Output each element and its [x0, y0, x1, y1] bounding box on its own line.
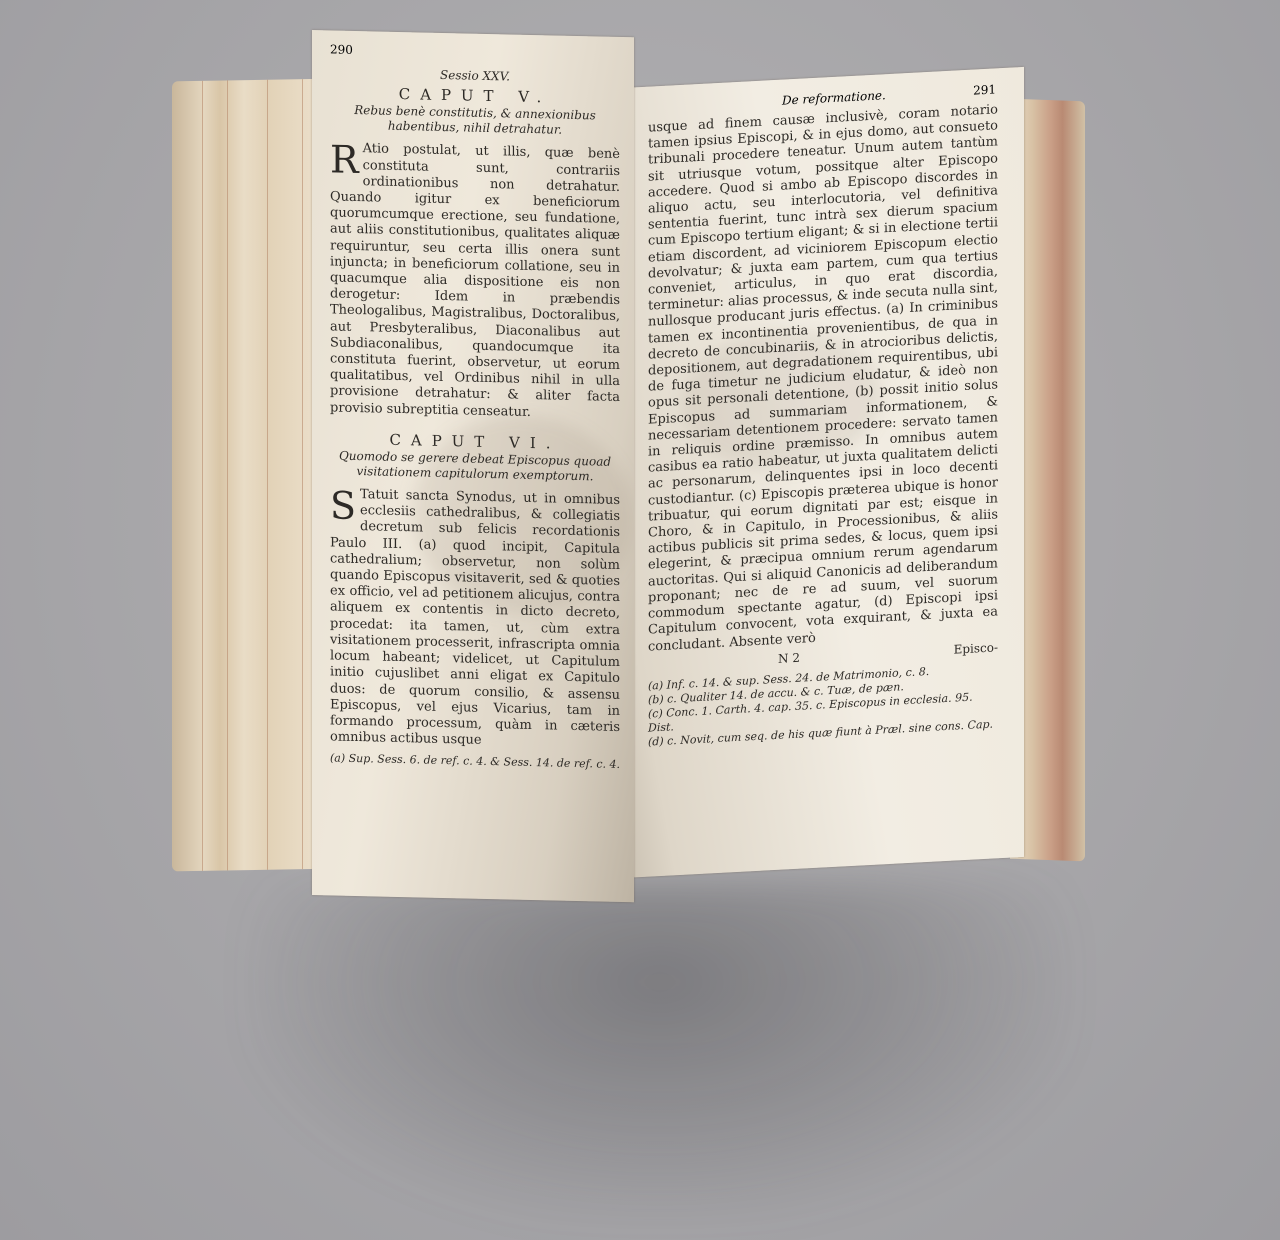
right-page-body: usque ad finem causæ inclusivè, coram no…: [648, 102, 998, 749]
left-page-stack: [172, 79, 332, 872]
right-page: 291 De reformatione. usque ad finem caus…: [622, 67, 1024, 878]
right-page-paragraph: usque ad finem causæ inclusivè, coram no…: [648, 102, 998, 655]
open-book: 291 De reformatione. usque ad finem caus…: [0, 0, 1280, 1240]
chapter-paragraph: STatuit sancta Synodus, ut in omnibus ec…: [330, 486, 620, 752]
page-number-left: 290: [330, 42, 353, 57]
catchword: Episco-: [954, 639, 998, 658]
running-head-left: Sessio XXV.: [330, 64, 620, 87]
left-page: 290 Sessio XXV. CAPUT V. Rebus benè cons…: [312, 30, 634, 902]
chapter-subtitle: Rebus benè constitutis, & annexionibus h…: [330, 103, 620, 140]
left-footnote: (a) Sup. Sess. 6. de ref. c. 4. & Sess. …: [330, 752, 620, 773]
right-footnotes: (a) Inf. c. 14. & sup. Sess. 24. de Matr…: [648, 661, 998, 749]
signature-mark: N 2: [778, 649, 800, 666]
chapter-subtitle: Quomodo se gerere debeat Episcopus quoad…: [330, 448, 620, 485]
running-head-right: De reformatione.: [782, 88, 886, 107]
chapter-paragraph: RAtio postulat, ut illis, quæ benè const…: [330, 141, 620, 423]
left-page-body: Sessio XXV. CAPUT V. Rebus benè constitu…: [330, 56, 620, 772]
page-number-right: 291: [973, 82, 996, 97]
drop-cap: R: [330, 143, 359, 178]
drop-cap: S: [330, 488, 356, 523]
